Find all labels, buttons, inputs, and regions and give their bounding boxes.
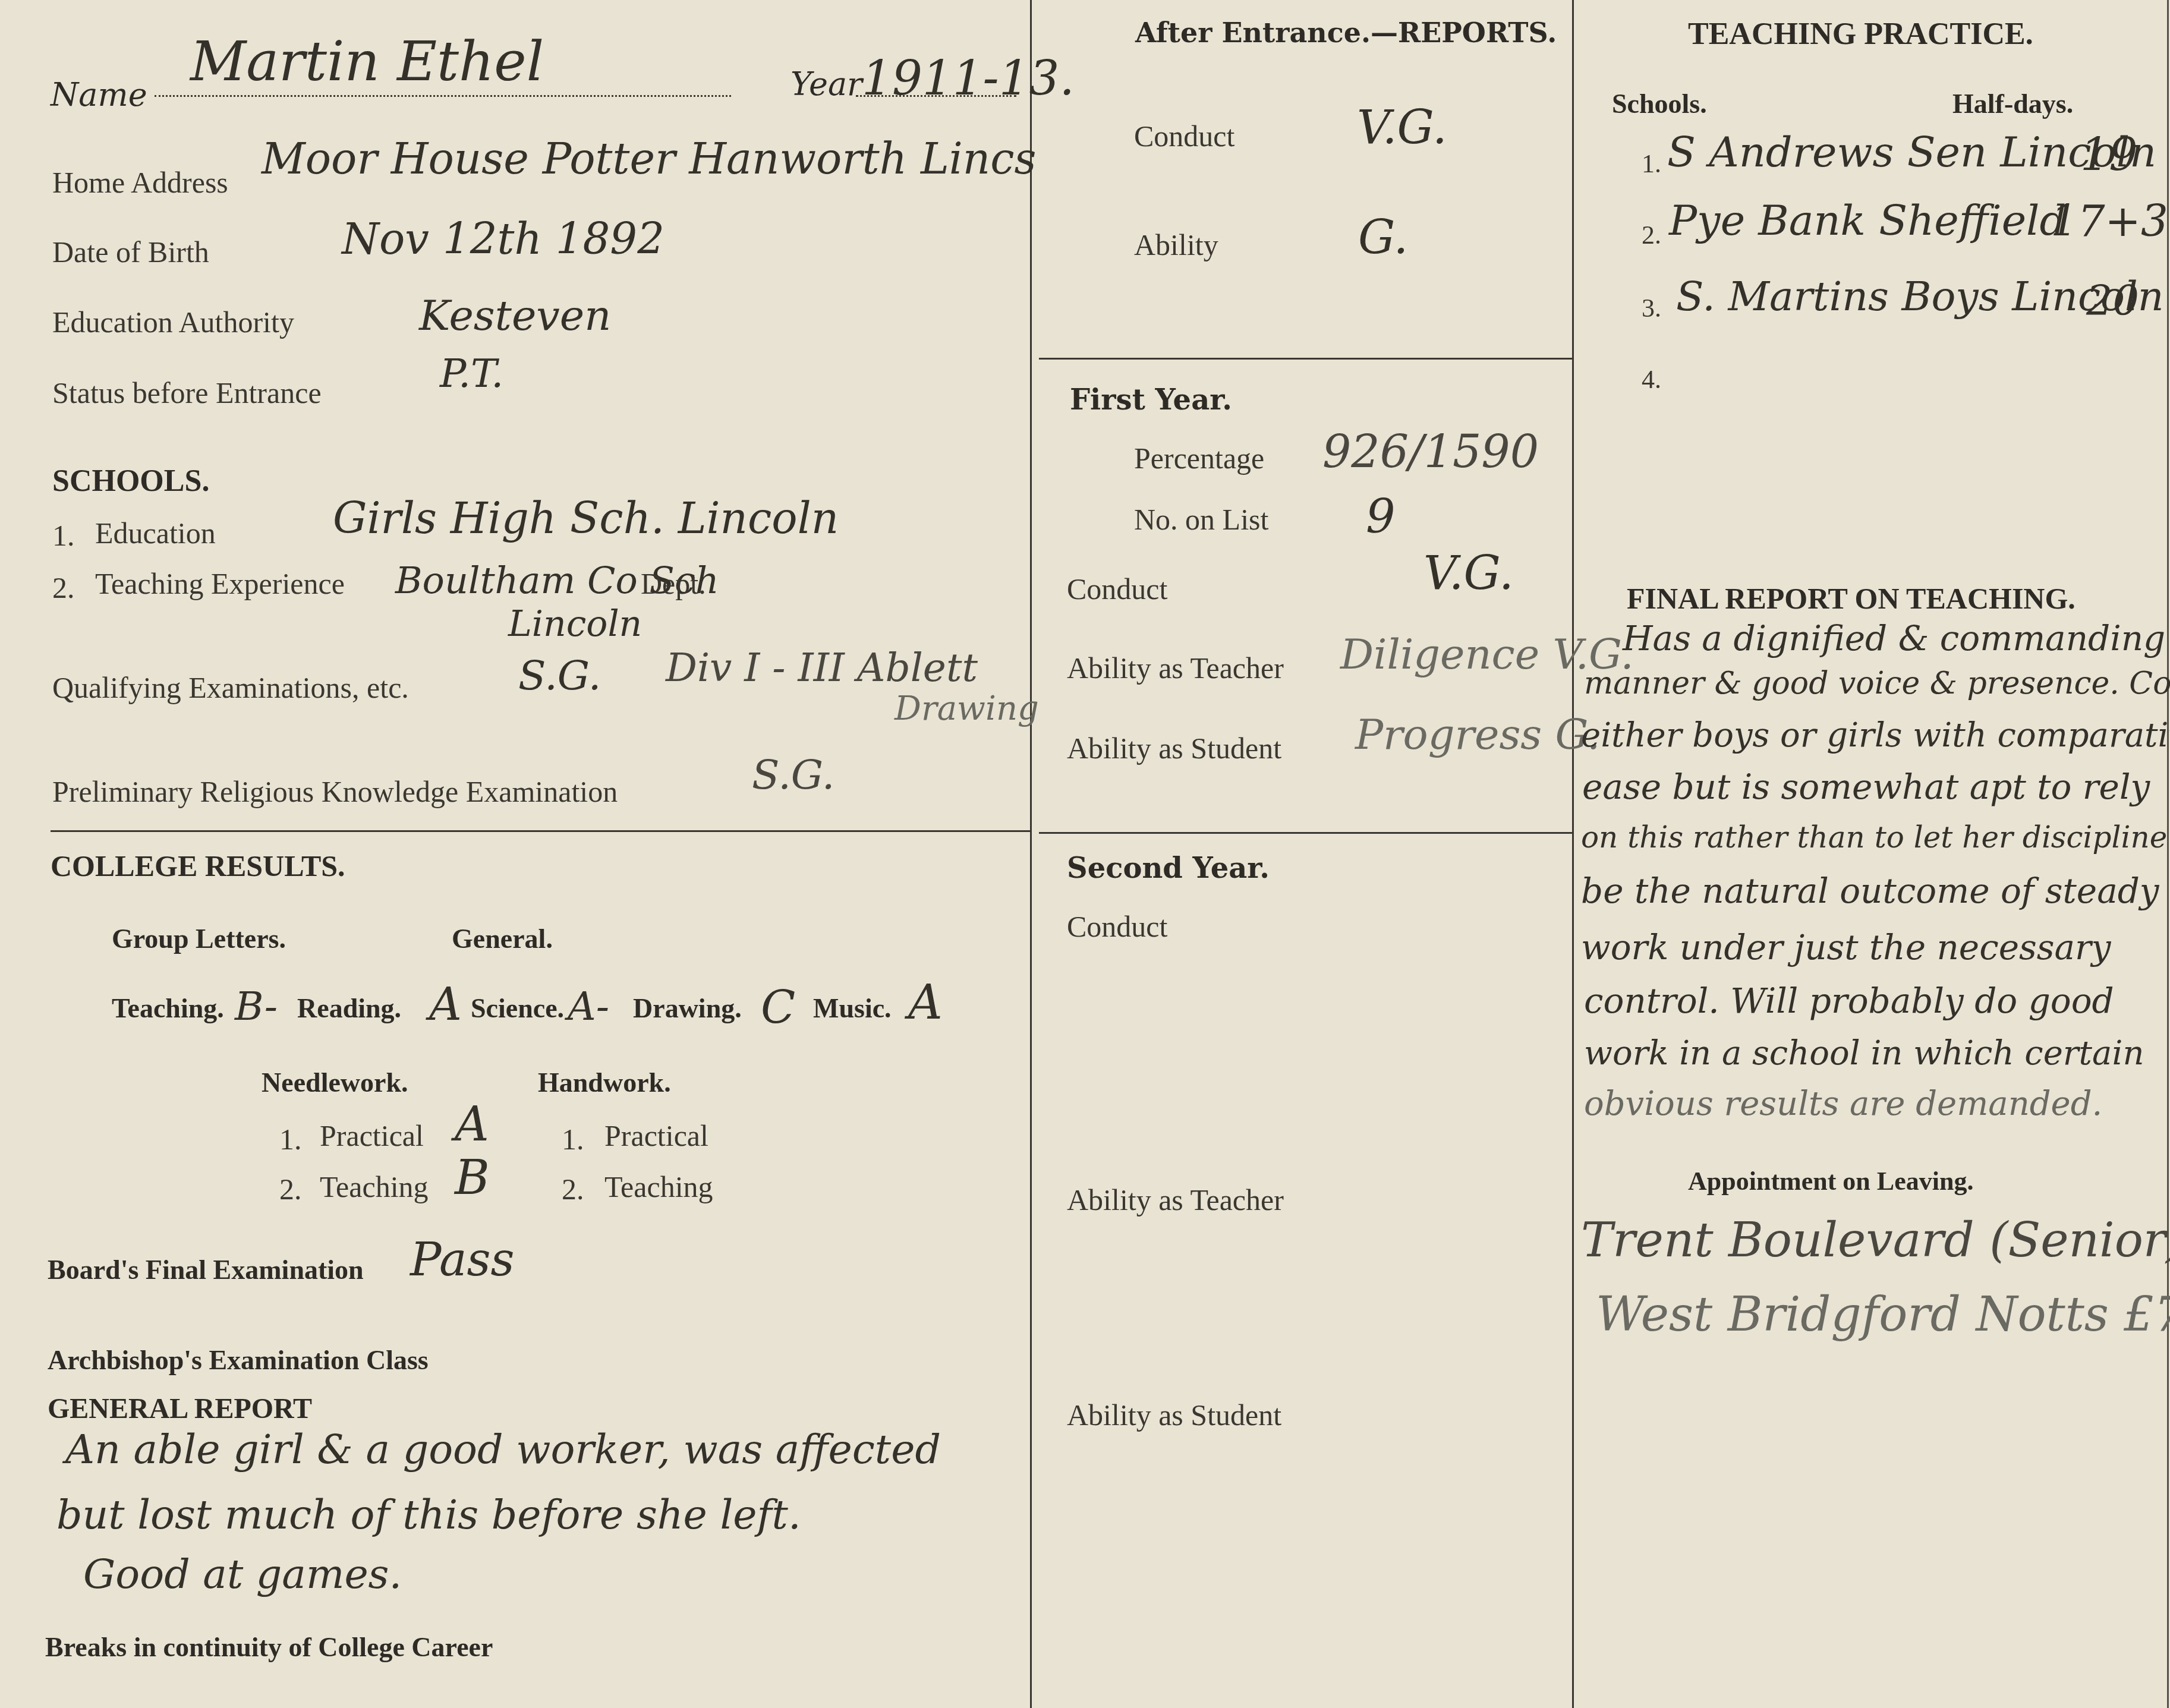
rule-left-college-results — [51, 830, 1030, 832]
column-divider-right — [1572, 0, 1574, 1708]
breaks-in-continuity-label: Breaks in continuity of College Career — [45, 1631, 493, 1663]
appointment-heading: Appointment on Leaving. — [1688, 1166, 1973, 1196]
religious-exam-value: S.G. — [752, 752, 834, 799]
rule-middle-first-year — [1039, 358, 1572, 360]
second-year-heading: Second Year. — [1067, 852, 1270, 885]
needlework-teaching-value: B — [455, 1150, 490, 1205]
teaching-experience-value-line2: Lincoln — [508, 603, 642, 645]
practice-row-num: 1. — [1642, 149, 1661, 179]
general-label: General. — [452, 923, 553, 954]
sy-conduct-label: Conduct — [1067, 909, 1167, 944]
handwork-practical-num: 1. — [562, 1122, 584, 1156]
fy-conduct-value: V.G. — [1423, 547, 1514, 600]
appointment-line-1: Trent Boulevard (Senior) — [1581, 1212, 2170, 1268]
handwork-label: Handwork. — [538, 1067, 671, 1098]
home-address-value: Moor House Potter Hanworth Lincs — [262, 134, 1037, 184]
fy-ability-student-label: Ability as Student — [1067, 731, 1281, 765]
final-report-line-10: obvious results are demanded. — [1584, 1085, 2102, 1123]
grade-drawing-label: Drawing. — [633, 992, 742, 1024]
column-divider-left — [1030, 0, 1032, 1708]
qualifying-exams-drawing: Drawing — [895, 689, 1039, 728]
final-report-heading: FINAL REPORT ON TEACHING. — [1627, 581, 2075, 616]
name-value: Martin Ethel — [190, 30, 544, 93]
needlework-practical-value: A — [455, 1096, 489, 1152]
name-label: Name — [51, 76, 147, 114]
home-address-label: Home Address — [52, 165, 228, 200]
boards-final-label: Board's Final Examination — [48, 1254, 364, 1285]
practice-row-half-days: 20 — [2086, 276, 2139, 325]
practice-row-num: 3. — [1642, 293, 1661, 323]
final-report-line-1: Has a dignified & commanding — [1623, 618, 2165, 658]
fy-conduct-label: Conduct — [1067, 572, 1167, 606]
boards-final-value: Pass — [410, 1233, 515, 1287]
year-value: 1911-13. — [862, 51, 1075, 106]
ae-ability-value: G. — [1358, 211, 1408, 264]
college-results-heading: COLLEGE RESULTS. — [51, 849, 345, 883]
general-report-line-3: Good at games. — [83, 1551, 402, 1598]
status-label: Status before Entrance — [52, 376, 322, 410]
fy-ability-student-value: Progress G. — [1355, 710, 1600, 759]
qualifying-exams-value: S.G. — [518, 653, 601, 699]
ae-ability-label: Ability — [1134, 228, 1218, 262]
dob-value: Nov 12th 1892 — [342, 214, 664, 264]
final-report-line-9: work in a school in which certain — [1584, 1034, 2144, 1073]
half-days-column-label: Half-days. — [1952, 88, 2073, 119]
grade-reading-label: Reading. — [297, 992, 401, 1024]
card-right-edge — [2167, 0, 2169, 1708]
group-letters-label: Group Letters. — [112, 923, 286, 954]
practice-row-num: 2. — [1642, 220, 1661, 250]
grade-science-value: A- — [568, 984, 609, 1029]
year-label: Year — [790, 65, 862, 103]
final-report-line-6: be the natural outcome of steady — [1581, 871, 2159, 911]
ae-conduct-label: Conduct — [1134, 119, 1234, 153]
student-record-card: Name Martin Ethel Year 1911-13. Home Add… — [0, 0, 2170, 1708]
handwork-teaching-num: 2. — [562, 1172, 584, 1206]
final-report-line-8: control. Will probably do good — [1584, 981, 2114, 1021]
handwork-teaching-label: Teaching — [604, 1170, 713, 1204]
ae-conduct-value: V.G. — [1357, 101, 1447, 155]
practice-row-num: 4. — [1642, 364, 1661, 395]
education-label: Education — [95, 516, 216, 550]
teaching-dept-label: Dept. — [641, 566, 706, 601]
name-dotted-line — [155, 95, 731, 97]
qualifying-exams-division: Div I - III Ablett — [666, 645, 978, 691]
no-on-list-value: 9 — [1366, 490, 1396, 544]
percentage-label: Percentage — [1134, 441, 1264, 475]
needlework-practical-label: Practical — [320, 1118, 424, 1153]
schools-heading: SCHOOLS. — [52, 464, 209, 499]
needlework-practical-num: 1. — [279, 1122, 302, 1156]
sy-ability-student-label: Ability as Student — [1067, 1398, 1281, 1432]
final-report-line-3: either boys or girls with comparative — [1581, 716, 2170, 755]
final-report-line-7: work under just the necessary — [1581, 927, 2111, 968]
teaching-experience-label: Teaching Experience — [95, 566, 345, 601]
education-value: Girls High Sch. Lincoln — [333, 493, 839, 543]
first-year-heading: First Year. — [1070, 383, 1232, 417]
handwork-practical-label: Practical — [604, 1118, 708, 1153]
fy-ability-teacher-label: Ability as Teacher — [1067, 651, 1284, 685]
percentage-value: 926/1590 — [1322, 425, 1539, 478]
practice-row-school: Pye Bank Sheffield — [1669, 196, 2066, 245]
dob-label: Date of Birth — [52, 235, 209, 269]
sy-ability-teacher-label: Ability as Teacher — [1067, 1183, 1284, 1217]
education-authority-label: Education Authority — [52, 305, 294, 339]
final-report-line-2: manner & good voice & presence. Controls — [1584, 666, 2170, 701]
grade-music-label: Music. — [813, 992, 892, 1024]
religious-exam-label: Preliminary Religious Knowledge Examinat… — [52, 774, 618, 809]
general-report-line-1: An able girl & a good worker, was affect… — [65, 1426, 941, 1473]
teaching-experience-num: 2. — [52, 571, 75, 605]
rule-middle-second-year — [1039, 832, 1572, 834]
final-report-line-4: ease but is somewhat apt to rely — [1582, 767, 2150, 807]
grade-teaching-label: Teaching. — [112, 992, 224, 1024]
grade-music-value: A — [908, 975, 943, 1030]
qualifying-exams-label: Qualifying Examinations, etc. — [52, 670, 409, 705]
teaching-practice-heading: TEACHING PRACTICE. — [1688, 17, 2033, 52]
final-report-line-5: on this rather than to let her disciplin… — [1581, 820, 2167, 855]
no-on-list-label: No. on List — [1134, 502, 1268, 537]
education-authority-value: Kesteven — [419, 291, 611, 340]
general-report-label: GENERAL REPORT — [48, 1392, 312, 1425]
appointment-line-2: West Bridgford Notts £75 — [1596, 1287, 2170, 1342]
after-entrance-heading: After Entrance.—REPORTS. — [1135, 17, 1557, 49]
grade-drawing-value: C — [761, 981, 795, 1033]
grade-science-label: Science. — [471, 992, 564, 1024]
archbishop-exam-label: Archbishop's Examination Class — [48, 1344, 429, 1376]
practice-row-half-days: 17+3 — [2051, 196, 2168, 246]
general-report-line-2: but lost much of this before she left. — [56, 1492, 801, 1539]
needlework-teaching-label: Teaching — [320, 1170, 429, 1204]
needlework-label: Needlework. — [262, 1067, 408, 1098]
grade-reading-value: A — [429, 978, 462, 1031]
grade-teaching-value: B- — [235, 984, 278, 1029]
schools-column-label: Schools. — [1612, 88, 1707, 119]
practice-row-half-days: 19 — [2080, 128, 2138, 181]
status-value: P.T. — [440, 351, 503, 396]
education-num: 1. — [52, 518, 75, 553]
needlework-teaching-num: 2. — [279, 1172, 302, 1206]
